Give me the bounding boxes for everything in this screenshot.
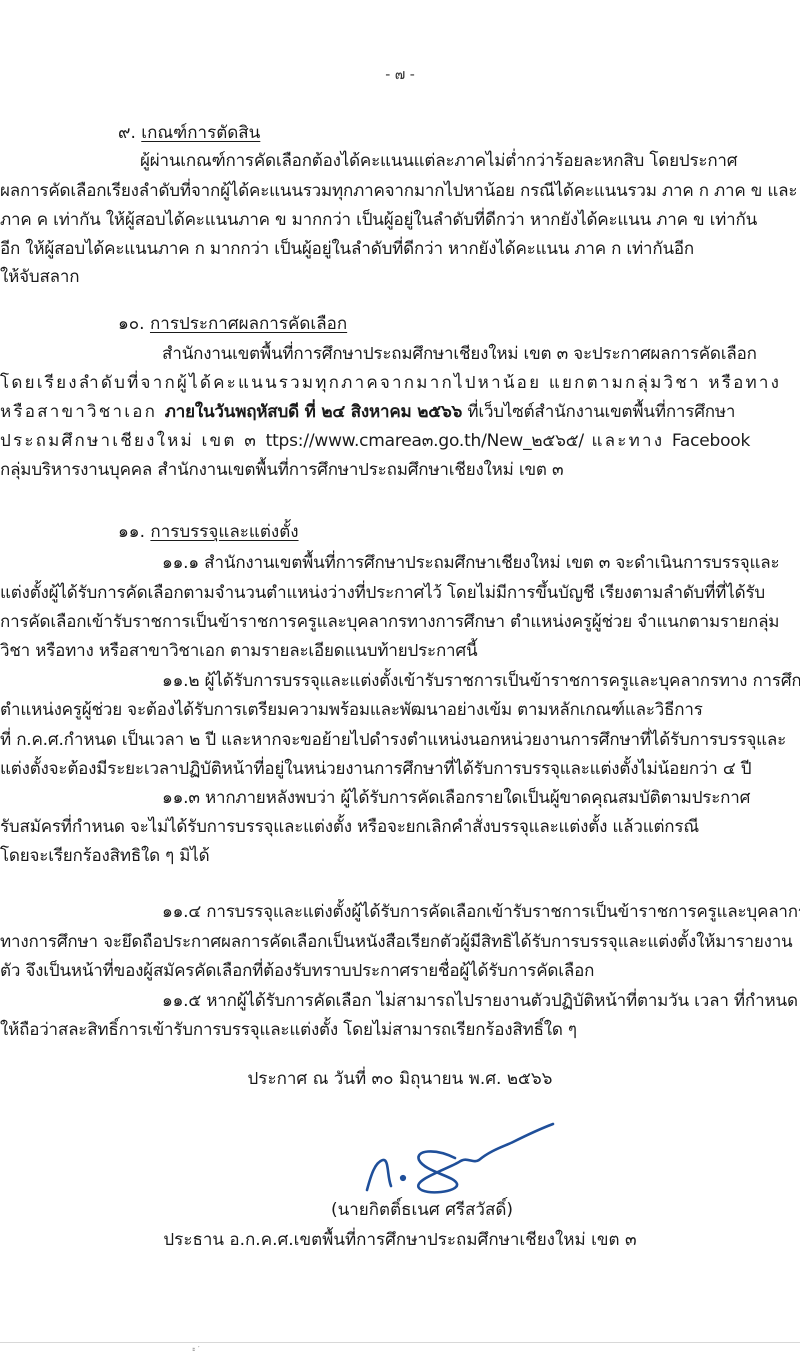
section-10-line-3-suffix: ที่เว็บไซต์สำนักงานเขตพื้นที่การศึกษา <box>462 402 735 422</box>
section-11-5-line: ๑๑.๕ หากผู้ได้รับการคัดเลือก ไม่สามารถไป… <box>162 990 798 1012</box>
section-11-title: การบรรจุและแต่งตั้ง <box>150 522 298 542</box>
section-11-1-line: แต่งตั้งผู้ได้รับการคัดเลือกตามจำนวนตำแห… <box>0 582 765 604</box>
section-11-3-line: ๑๑.๓ หากภายหลังพบว่า ผู้ได้รับการคัดเลือ… <box>162 787 750 809</box>
section-11-2-line: แต่งตั้งจะต้องมีระยะเวลาปฏิบัติหน้าที่อย… <box>0 758 751 780</box>
announcement-date: ประกาศ ณ วันที่ ๓๐ มิถุนายน พ.ศ. ๒๕๖๖ <box>0 1068 800 1090</box>
section-10-number: ๑๐. <box>118 314 145 334</box>
section-11-2-line: ตำแหน่งครูผู้ช่วย จะต้องได้รับการเตรียมค… <box>0 699 703 721</box>
section-11-1-line: วิชา หรือทาง หรือสาขาวิชาเอก ตามรายละเอี… <box>0 640 477 662</box>
section-9-line: ให้จับสลาก <box>0 266 79 288</box>
section-11-2-line: ๑๑.๒ ผู้ได้รับการบรรจุและแต่งตั้งเข้ารับ… <box>162 670 800 692</box>
document-page: - ๗ - ๙. เกณฑ์การตัดสิน ผู้ผ่านเกณฑ์การค… <box>0 0 800 1354</box>
handwritten-signature-icon <box>315 1120 575 1200</box>
section-11-5-line: ให้ถือว่าสละสิทธิ์การเข้ารับการบรรจุและแ… <box>0 1019 577 1041</box>
section-10-line-4-prefix: ประถมศึกษาเชียงใหม่ เขต ๓ <box>0 431 266 451</box>
section-9-line: ภาค ค เท่ากัน ให้ผู้สอบได้คะแนนภาค ข มาก… <box>0 209 757 231</box>
section-11-1-line: ๑๑.๑ สำนักงานเขตพื้นที่การศึกษาประถมศึกษ… <box>162 552 779 574</box>
page-bottom-divider <box>0 1342 800 1343</box>
section-10-line: กลุ่มบริหารงานบุคคล สำนักงานเขตพื้นที่กา… <box>0 459 563 481</box>
section-10-line-3-prefix: หรือสาขาวิชาเอก <box>0 402 165 422</box>
signatory-name: (นายกิตติ์ธเนศ ศรีสวัสดิ์) <box>22 1199 800 1221</box>
section-11-number: ๑๑. <box>118 522 145 542</box>
section-11-4-line: ๑๑.๔ การบรรจุและแต่งตั้งผู้ได้รับการคัดเ… <box>162 901 800 923</box>
scan-artifact-mark: ะ ′ <box>192 1344 200 1354</box>
section-11-3-line: โดยจะเรียกร้องสิทธิใด ๆ มิได้ <box>0 845 210 867</box>
results-date: ภายในวันพฤหัสบดี ที่ ๒๔ สิงหาคม ๒๕๖๖ <box>165 402 462 422</box>
page-number: - ๗ - <box>0 64 800 86</box>
section-11-1-line: การคัดเลือกเข้ารับราชการเป็นข้าราชการครู… <box>0 611 779 633</box>
website-url[interactable]: ttps://www.cmarea๓.go.th/New_๒๕๖๕/ <box>266 431 584 451</box>
section-9-number: ๙. <box>118 123 136 143</box>
section-9-line: ผลการคัดเลือกเรียงลำดับที่จากผู้ได้คะแนน… <box>0 180 797 202</box>
section-10-line-4: ประถมศึกษาเชียงใหม่ เขต ๓ ttps://www.cma… <box>0 430 750 452</box>
section-9-title: เกณฑ์การตัดสิน <box>141 123 260 143</box>
section-10-line: โดยเรียงลำดับที่จากผู้ได้คะแนนรวมทุกภาคจ… <box>0 372 781 394</box>
section-9-heading: ๙. เกณฑ์การตัดสิน <box>118 122 260 144</box>
section-11-2-line: ที่ ก.ค.ศ.กำหนด เป็นเวลา ๒ ปี และหากจะขอ… <box>0 729 786 751</box>
section-11-heading: ๑๑. การบรรจุและแต่งตั้ง <box>118 521 299 543</box>
section-9-line: ผู้ผ่านเกณฑ์การคัดเลือกต้องได้คะแนนแต่ละ… <box>140 150 737 172</box>
section-11-4-line: ทางการศึกษา จะยึดถือประกาศผลการคัดเลือกเ… <box>0 931 792 953</box>
facebook-label: Facebook <box>672 431 750 451</box>
section-11-3-line: รับสมัครที่กำหนด จะไม่ได้รับการบรรจุและแ… <box>0 816 699 838</box>
section-10-title: การประกาศผลการคัดเลือก <box>150 314 347 334</box>
section-10-line-3: หรือสาขาวิชาเอก ภายในวันพฤหัสบดี ที่ ๒๔ … <box>0 401 735 423</box>
signatory-position: ประธาน อ.ก.ค.ศ.เขตพื้นที่การศึกษาประถมศึ… <box>0 1229 800 1251</box>
section-10-line: สำนักงานเขตพื้นที่การศึกษาประถมศึกษาเชีย… <box>162 343 757 365</box>
section-11-4-line: ตัว จึงเป็นหน้าที่ของผู้สมัครคัดเลือกที่… <box>0 960 594 982</box>
signature-image <box>315 1120 575 1200</box>
section-10-heading: ๑๐. การประกาศผลการคัดเลือก <box>118 313 347 335</box>
section-10-line-4-mid: และทาง <box>584 431 672 451</box>
section-9-line: อีก ให้ผู้สอบได้คะแนนภาค ก มากกว่า เป็นผ… <box>0 238 694 260</box>
